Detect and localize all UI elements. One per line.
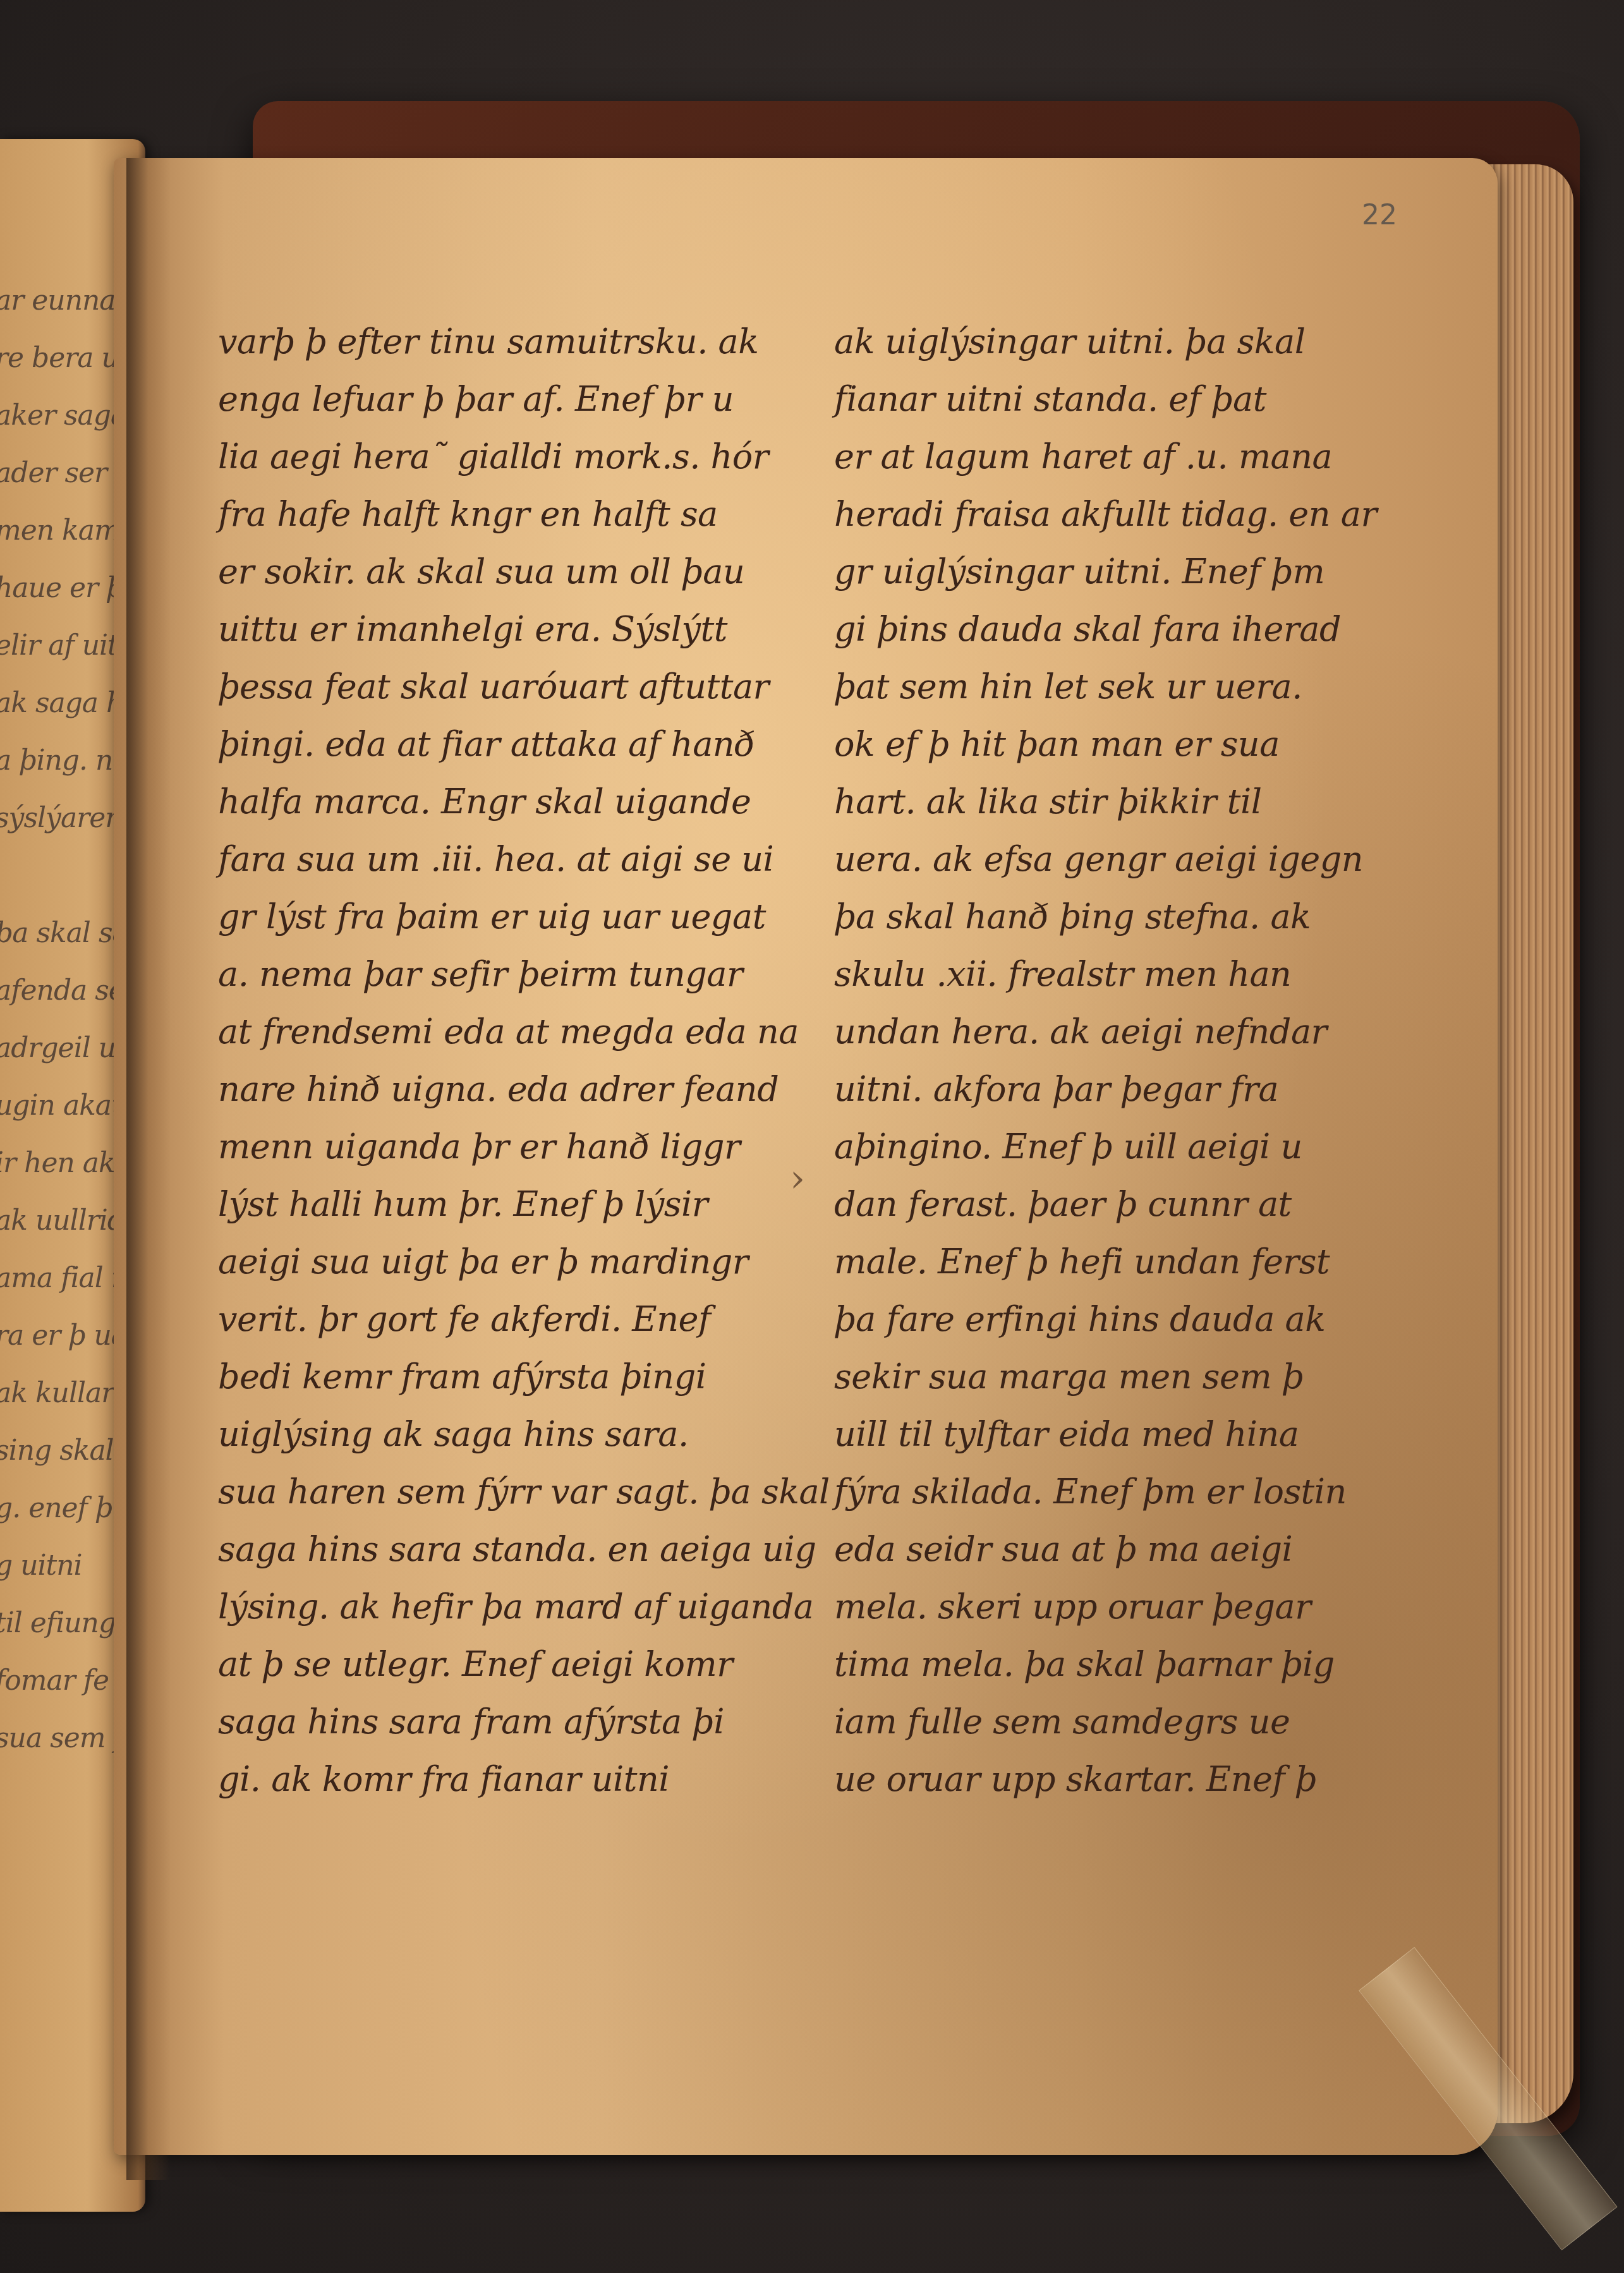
text-line: fýra skilada. Enef þm er lostin (834, 1463, 1352, 1520)
text-line: saga hins sara fram afýrsta þi (218, 1693, 787, 1750)
text-line: aeigi sua uigt þa er þ mardingr (218, 1233, 787, 1290)
text-line: fomar fe (0, 1664, 109, 1697)
text-line: g uitni (0, 1549, 82, 1582)
text-column-left: varþ þ efter tinu samuitrsku. akenga lef… (218, 313, 787, 1808)
text-column-right: ak uiglýsingar uitni. þa skalfianar uitn… (834, 313, 1352, 1808)
text-line: fra hafe halft kngr en halft sa (218, 485, 787, 543)
text-line: lýsing. ak hefir þa mard af uiganda (218, 1578, 787, 1635)
text-line: lýst halli hum þr. Enef þ lýsir (218, 1175, 787, 1233)
text-line: gi. ak komr fra fianar uitni (218, 1750, 787, 1808)
text-line: þa skal hanð þing stefna. ak (834, 888, 1352, 945)
text-line: sekir sua marga men sem þ (834, 1348, 1352, 1405)
book-gutter (126, 158, 171, 2180)
text-line: mela. skeri upp oruar þegar (834, 1578, 1352, 1635)
text-line: verit. þr gort fe akferdi. Enef (218, 1290, 787, 1348)
text-line: menn uiganda þr er hanð liggr (218, 1118, 787, 1175)
margin-mark: › (790, 1156, 805, 1201)
text-line: ir hen akl (0, 1147, 123, 1179)
text-line: hart. ak lika stir þikkir til (834, 773, 1352, 830)
text-line: bedi kemr fram afýrsta þingi (218, 1348, 787, 1405)
text-line: ue oruar upp skartar. Enef þ (834, 1750, 1352, 1808)
text-line: uera. ak efsa gengr aeigi igegn (834, 830, 1352, 888)
text-line: til efiungr (0, 1607, 128, 1639)
folio-number: 22 (1362, 199, 1397, 231)
text-line: ak uiglýsingar uitni. þa skal (834, 313, 1352, 370)
text-line: þat sem hin let sek ur uera. (834, 658, 1352, 715)
text-line: þingi. eda at fiar attaka af hanð (218, 715, 787, 773)
text-line: nare hinð uigna. eda adrer feand (218, 1060, 787, 1118)
text-line: undan hera. ak aeigi nefndar (834, 1003, 1352, 1060)
text-line: gr uiglýsingar uitni. Enef þm (834, 543, 1352, 600)
text-line: varþ þ efter tinu samuitrsku. ak (218, 313, 787, 370)
text-line: gi þins dauda skal fara iherad (834, 600, 1352, 658)
text-line: uiglýsing ak saga hins sara. (218, 1405, 787, 1463)
text-line: lia aegi hera˜ gialldi mork.s. hór (218, 428, 787, 485)
text-line: enga lefuar þ þar af. Enef þr u (218, 370, 787, 428)
text-line: uitni. akfora þar þegar fra (834, 1060, 1352, 1118)
text-line: dan ferast. þaer þ cunnr at (834, 1175, 1352, 1233)
text-line: a. nema þar sefir þeirm tungar (218, 945, 787, 1003)
text-line: heradi fraisa akfullt tidag. en ar (834, 485, 1352, 543)
text-line: iam fulle sem samdegrs ue (834, 1693, 1352, 1750)
text-line: saga hins sara standa. en aeiga uig (218, 1520, 787, 1578)
text-line: at frendsemi eda at megda eda na (218, 1003, 787, 1060)
text-line: g. enef þ (0, 1492, 112, 1524)
text-line: fianar uitni standa. ef þat (834, 370, 1352, 428)
text-line: er sokir. ak skal sua um oll þau (218, 543, 787, 600)
text-line: fara sua um .iii. hea. at aigi se ui (218, 830, 787, 888)
text-line: þa fare erfingi hins dauda ak (834, 1290, 1352, 1348)
text-line: at þ se utlegr. Enef aeigi komr (218, 1635, 787, 1693)
text-line: ok ef þ hit þan man er sua (834, 715, 1352, 773)
text-line: gr lýst fra þaim er uig uar uegat (218, 888, 787, 945)
text-line: male. Enef þ hefi undan ferst (834, 1233, 1352, 1290)
text-line: uittu er imanhelgi era. Sýslýtt (218, 600, 787, 658)
text-line: er at lagum haret af .u. mana (834, 428, 1352, 485)
text-line: sua haren sem fýrr var sagt. þa skal (218, 1463, 787, 1520)
text-line: aþingino. Enef þ uill aeigi u (834, 1118, 1352, 1175)
text-line: uill til tylftar eida med hina (834, 1405, 1352, 1463)
text-line: þessa feat skal uaróuart aftuttar (218, 658, 787, 715)
text-line: eda seidr sua at þ ma aeigi (834, 1520, 1352, 1578)
text-line: tima mela. þa skal þarnar þig (834, 1635, 1352, 1693)
text-line: halfa marca. Engr skal uigande (218, 773, 787, 830)
text-line: skulu .xii. frealstr men han (834, 945, 1352, 1003)
